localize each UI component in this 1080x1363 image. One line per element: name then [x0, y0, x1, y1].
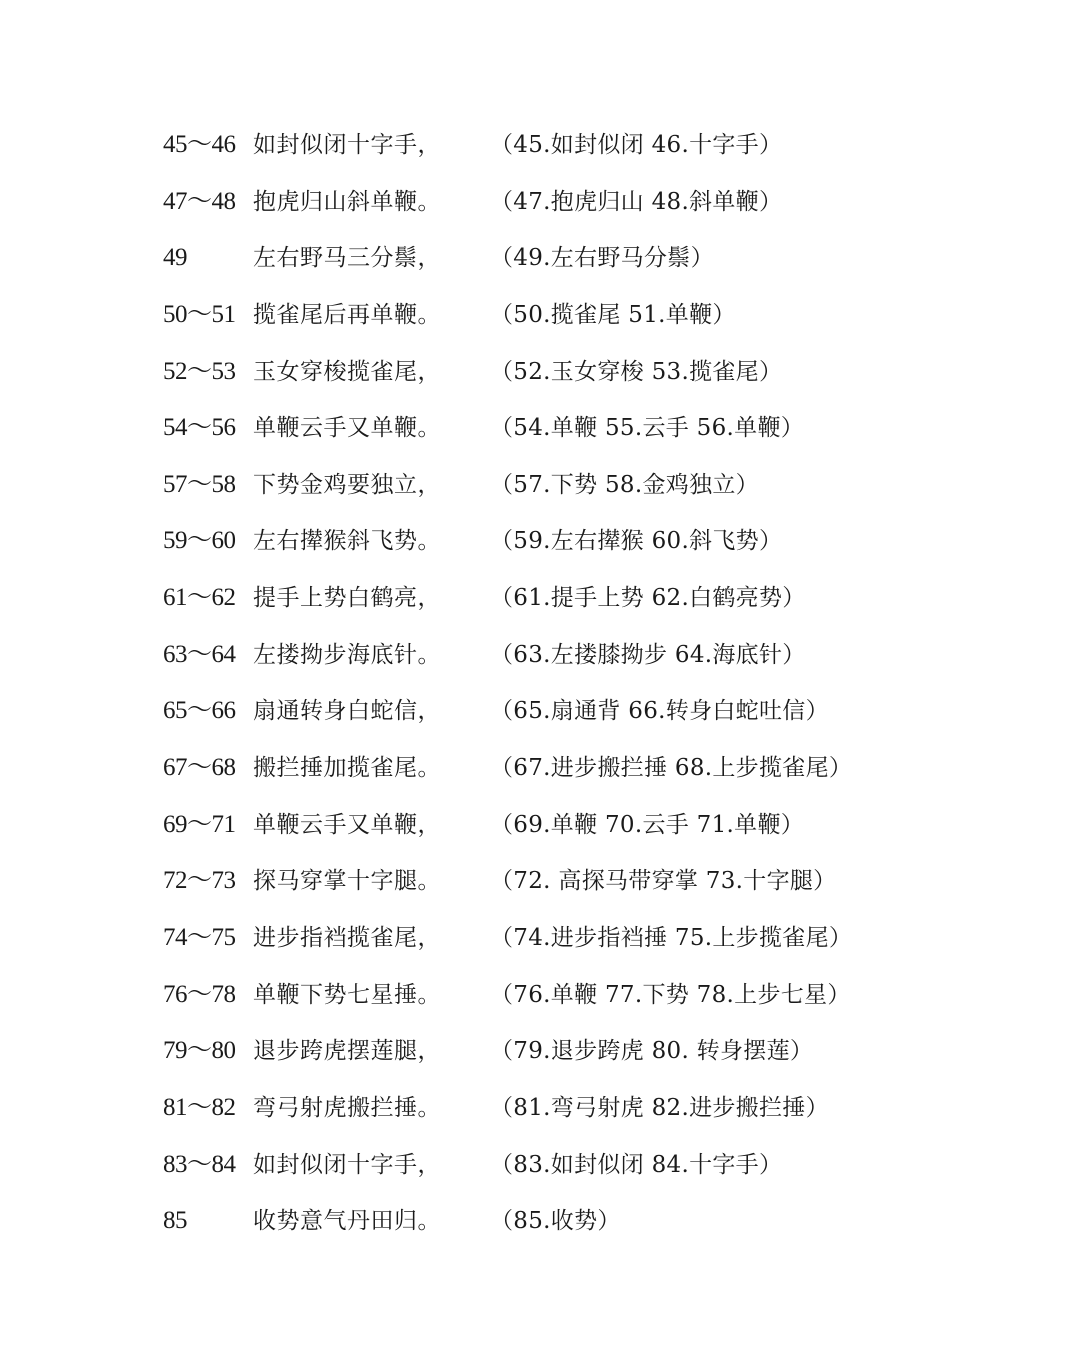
verse-row: 54～56 单鞭云手又单鞭。 （54.单鞭 55.云手 56.单鞭） — [163, 411, 923, 468]
form-number: 59～60 — [163, 524, 236, 558]
form-annotation: （65.扇通背 66.转身白蛇吐信） — [490, 694, 829, 728]
verse-text: 提手上势白鹤亮， — [253, 581, 441, 615]
form-annotation: （67.进步搬拦捶 68.上步揽雀尾） — [490, 751, 852, 785]
form-annotation: （79.退步跨虎 80. 转身摆莲） — [490, 1034, 813, 1068]
form-annotation: （85.收势） — [490, 1204, 621, 1238]
verse-row: 74～75 进步指裆揽雀尾， （74.进步指裆捶 75.上步揽雀尾） — [163, 921, 923, 978]
form-number: 49 — [163, 241, 187, 275]
verse-text: 玉女穿梭揽雀尾， — [253, 355, 441, 389]
verse-row: 72～73 探马穿掌十字腿。 （72. 高探马带穿掌 73.十字腿） — [163, 864, 923, 921]
verse-row: 63～64 左搂拗步海底针。 （63.左搂膝拗步 64.海底针） — [163, 638, 923, 695]
form-number: 52～53 — [163, 355, 236, 389]
form-number: 81～82 — [163, 1091, 236, 1125]
verse-row: 49 左右野马三分鬃， （49.左右野马分鬃） — [163, 241, 923, 298]
verse-row: 69～71 单鞭云手又单鞭， （69.单鞭 70.云手 71.单鞭） — [163, 808, 923, 865]
form-annotation: （47.抱虎归山 48.斜单鞭） — [490, 185, 782, 219]
verse-list: 45～46 如封似闭十字手， （45.如封似闭 46.十字手） 47～48 抱虎… — [163, 128, 923, 1261]
document-page: 45～46 如封似闭十字手， （45.如封似闭 46.十字手） 47～48 抱虎… — [0, 0, 1080, 1363]
form-number: 47～48 — [163, 185, 236, 219]
verse-text: 如封似闭十字手， — [253, 1148, 441, 1182]
form-annotation: （76.单鞭 77.下势 78.上步七星） — [490, 978, 851, 1012]
form-number: 76～78 — [163, 978, 236, 1012]
verse-text: 揽雀尾后再单鞭。 — [253, 298, 441, 332]
form-annotation: （83.如封似闭 84.十字手） — [490, 1148, 782, 1182]
verse-row: 52～53 玉女穿梭揽雀尾， （52.玉女穿梭 53.揽雀尾） — [163, 355, 923, 412]
form-annotation: （54.单鞭 55.云手 56.单鞭） — [490, 411, 804, 445]
verse-row: 67～68 搬拦捶加揽雀尾。 （67.进步搬拦捶 68.上步揽雀尾） — [163, 751, 923, 808]
form-annotation: （63.左搂膝拗步 64.海底针） — [490, 638, 806, 672]
verse-text: 下势金鸡要独立， — [253, 468, 441, 502]
verse-text: 左右野马三分鬃， — [253, 241, 441, 275]
verse-row: 76～78 单鞭下势七星捶。 （76.单鞭 77.下势 78.上步七星） — [163, 978, 923, 1035]
verse-row: 57～58 下势金鸡要独立， （57.下势 58.金鸡独立） — [163, 468, 923, 525]
form-number: 63～64 — [163, 638, 236, 672]
verse-text: 退步跨虎摆莲腿， — [253, 1034, 441, 1068]
verse-row: 50～51 揽雀尾后再单鞭。 （50.揽雀尾 51.单鞭） — [163, 298, 923, 355]
form-number: 50～51 — [163, 298, 236, 332]
form-number: 61～62 — [163, 581, 236, 615]
verse-text: 左搂拗步海底针。 — [253, 638, 441, 672]
verse-text: 收势意气丹田归。 — [253, 1204, 441, 1238]
form-annotation: （57.下势 58.金鸡独立） — [490, 468, 759, 502]
verse-row: 47～48 抱虎归山斜单鞭。 （47.抱虎归山 48.斜单鞭） — [163, 185, 923, 242]
verse-row: 61～62 提手上势白鹤亮， （61.提手上势 62.白鹤亮势） — [163, 581, 923, 638]
verse-text: 扇通转身白蛇信， — [253, 694, 441, 728]
form-annotation: （81.弯弓射虎 82.进步搬拦捶） — [490, 1091, 829, 1125]
form-annotation: （50.揽雀尾 51.单鞭） — [490, 298, 736, 332]
form-annotation: （59.左右撵猴 60.斜飞势） — [490, 524, 782, 558]
form-number: 69～71 — [163, 808, 236, 842]
verse-row: 85 收势意气丹田归。 （85.收势） — [163, 1204, 923, 1261]
form-annotation: （74.进步指裆捶 75.上步揽雀尾） — [490, 921, 852, 955]
verse-text: 弯弓射虎搬拦捶。 — [253, 1091, 441, 1125]
form-annotation: （49.左右野马分鬃） — [490, 241, 714, 275]
form-annotation: （45.如封似闭 46.十字手） — [490, 128, 782, 162]
verse-text: 如封似闭十字手， — [253, 128, 441, 162]
verse-text: 单鞭云手又单鞭。 — [253, 411, 441, 445]
form-number: 85 — [163, 1204, 187, 1238]
form-annotation: （52.玉女穿梭 53.揽雀尾） — [490, 355, 782, 389]
form-number: 65～66 — [163, 694, 236, 728]
verse-row: 59～60 左右撵猴斜飞势。 （59.左右撵猴 60.斜飞势） — [163, 524, 923, 581]
form-number: 79～80 — [163, 1034, 236, 1068]
form-annotation: （69.单鞭 70.云手 71.单鞭） — [490, 808, 804, 842]
form-number: 57～58 — [163, 468, 236, 502]
verse-text: 左右撵猴斜飞势。 — [253, 524, 441, 558]
verse-text: 进步指裆揽雀尾， — [253, 921, 441, 955]
form-number: 83～84 — [163, 1148, 236, 1182]
verse-text: 搬拦捶加揽雀尾。 — [253, 751, 441, 785]
verse-text: 单鞭云手又单鞭， — [253, 808, 441, 842]
verse-row: 65～66 扇通转身白蛇信， （65.扇通背 66.转身白蛇吐信） — [163, 694, 923, 751]
form-number: 54～56 — [163, 411, 236, 445]
verse-row: 45～46 如封似闭十字手， （45.如封似闭 46.十字手） — [163, 128, 923, 185]
form-annotation: （72. 高探马带穿掌 73.十字腿） — [490, 864, 836, 898]
verse-text: 探马穿掌十字腿。 — [253, 864, 441, 898]
verse-row: 79～80 退步跨虎摆莲腿， （79.退步跨虎 80. 转身摆莲） — [163, 1034, 923, 1091]
verse-row: 81～82 弯弓射虎搬拦捶。 （81.弯弓射虎 82.进步搬拦捶） — [163, 1091, 923, 1148]
verse-text: 抱虎归山斜单鞭。 — [253, 185, 441, 219]
form-number: 45～46 — [163, 128, 236, 162]
form-annotation: （61.提手上势 62.白鹤亮势） — [490, 581, 806, 615]
form-number: 67～68 — [163, 751, 236, 785]
verse-row: 83～84 如封似闭十字手， （83.如封似闭 84.十字手） — [163, 1148, 923, 1205]
form-number: 72～73 — [163, 864, 236, 898]
verse-text: 单鞭下势七星捶。 — [253, 978, 441, 1012]
form-number: 74～75 — [163, 921, 236, 955]
